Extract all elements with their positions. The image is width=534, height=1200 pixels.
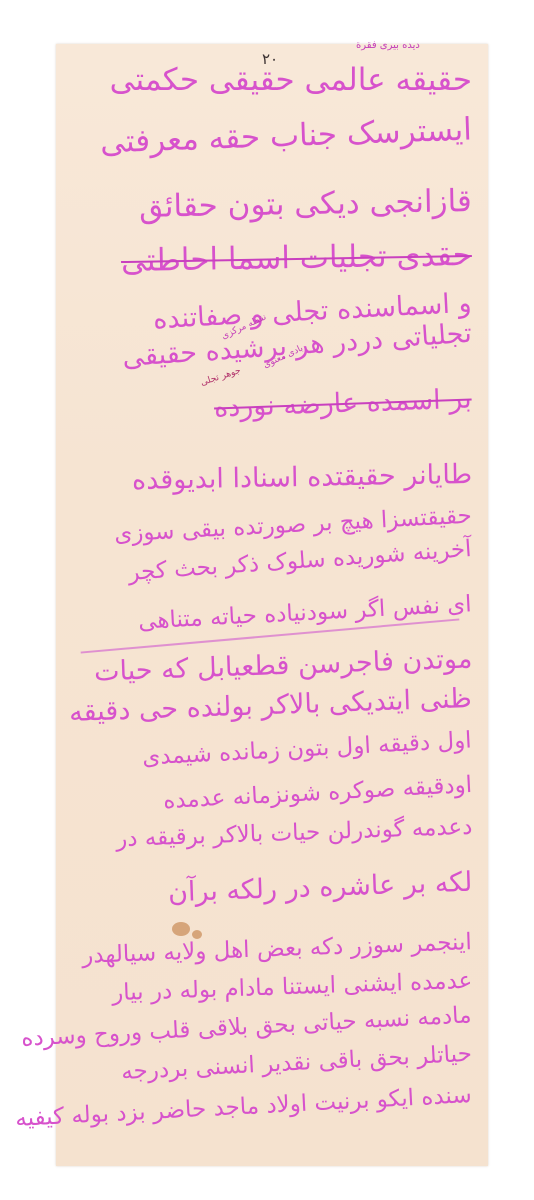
ink-stain (192, 930, 202, 939)
manuscript-line: قازانجی دیکی بتون حقائق (139, 183, 472, 225)
ink-stain (172, 922, 190, 936)
manuscript-line: حقیقه عالمی حقیقی حکمتی (110, 62, 472, 98)
top-annotation: دیده بیری فقرة (356, 40, 420, 51)
manuscript-line: طایانر حقیقتده اسنادا ابدیوقده (132, 459, 473, 496)
manuscript-line: حقدی تجلیات اسما احاطتی (121, 237, 472, 279)
